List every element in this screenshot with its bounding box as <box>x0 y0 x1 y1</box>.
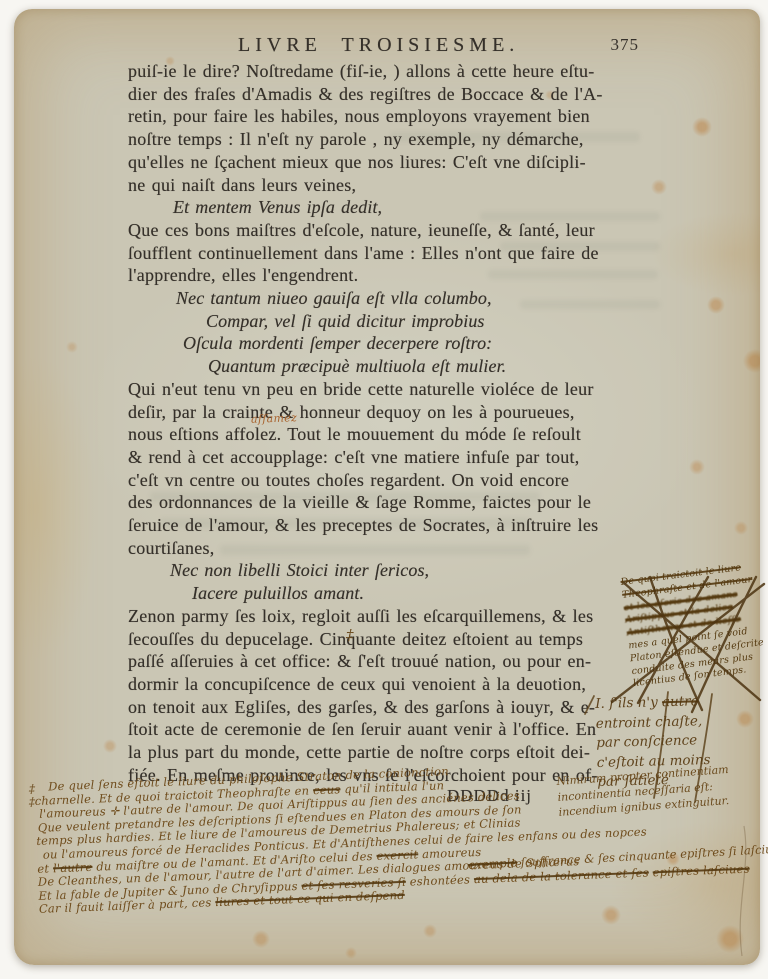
printed-line: ſtoit acte de ceremonie de ſen ſeruir au… <box>128 718 665 741</box>
printed-line: nous eſtions affolez. Tout le mouuement … <box>128 423 665 446</box>
printed-line: noſtre temps : Il n'eſt ny parole , ny e… <box>128 128 665 151</box>
running-head-title: LIVRE TROISIESME. <box>238 34 519 57</box>
printed-line: qu'elles ne ſçachent mieux que nos liure… <box>128 151 665 174</box>
printed-line: courtiſanes, <box>128 537 665 560</box>
printed-line: Compar, vel ſi quid dicitur improbius <box>128 310 665 333</box>
printed-line: on tenoit aux Egliſes, des garſes, & des… <box>128 696 665 719</box>
cancelled-margin-annotation: De quoi traictoit le liureTheophraſte et… <box>620 558 768 692</box>
handwriting-segment: par conſcience <box>596 732 697 751</box>
bottom-margin-handwriting: De quel ſens eſtoit le liure du philoſop… <box>34 753 768 917</box>
printed-line: Que ces bons maiſtres d'eſcole, nature, … <box>128 219 665 242</box>
printed-line: puiſ-ie le dire? Noſtredame (fiſ-ie, ) a… <box>128 60 665 83</box>
struck-handwriting-segment: autre <box>662 693 699 710</box>
printed-line: ſoufflent continuellement dans l'ame : E… <box>128 242 665 265</box>
book-page-scan: LIVRE TROISIESME. 375 puiſ-ie le dire? N… <box>0 0 768 979</box>
struck-handwriting-segment: exemple <box>468 855 518 872</box>
interlinear-correction: affamez <box>251 411 298 426</box>
printed-line: deſir, par la crainte & honneur dequoy o… <box>128 401 665 424</box>
printed-line: c'eſt vn centre ou toutes choſes regarde… <box>128 469 665 492</box>
printed-line: dier des fraſes d'Amadis & des regiſtres… <box>128 83 665 106</box>
printed-line: ſecouſſes du depucelage. Cinquante deite… <box>128 628 665 651</box>
printed-line: ſeruice de l'amour, & les preceptes de S… <box>128 514 665 537</box>
handwriting-segment: et <box>37 861 53 876</box>
printed-line: Zenon parmy ſes loix, regloit auſſi les … <box>128 605 665 628</box>
printed-line: Et mentem Venus ipſa dedit, <box>128 196 665 219</box>
printed-line: Iacere puluillos amant. <box>128 582 665 605</box>
printed-line: Qui n'eut tenu vn peu en bride cette nat… <box>128 378 665 401</box>
printed-line: Nec non libelli Stoici inter ſericos, <box>128 559 665 582</box>
running-head: LIVRE TROISIESME. 375 <box>128 34 665 58</box>
printed-line: dormir la concupiſcence de ceux qui veno… <box>128 673 665 696</box>
handwriting-segment: eshontées <box>406 872 475 889</box>
printed-line: Quantum præcipuè multiuola eſt mulier. <box>128 355 665 378</box>
printed-line: l'apprendre, elles l'engendrent. <box>128 264 665 287</box>
page-number: 375 <box>611 35 640 55</box>
printed-line: & rend à cet accoupplage: c'eſt vne mati… <box>128 446 665 469</box>
printed-line: Oſcula mordenti ſemper decerpere roſtro: <box>128 332 665 355</box>
handwriting-segment: entroint chaſte, <box>596 713 703 732</box>
printed-line: paſſé aſſeruies à cet office: & ſ'eſt tr… <box>128 650 665 673</box>
insertion-mark: ‡ <box>346 626 354 644</box>
printed-line: retin, pour faire les habiles, nous empl… <box>128 105 665 128</box>
printed-line: Nec tantum niueo gauiſa eſt vlla columbo… <box>128 287 665 310</box>
printed-text-block: puiſ-ie le dire? Noſtredame (fiſ-ie, ) a… <box>128 60 665 787</box>
printed-line: ne qui naiſt dans leurs veines, <box>128 174 665 197</box>
handwriting-segment: I. ſ'ils n'y <box>595 694 662 712</box>
printed-line: des ordonnances de la vieille & ſage Rom… <box>128 491 665 514</box>
